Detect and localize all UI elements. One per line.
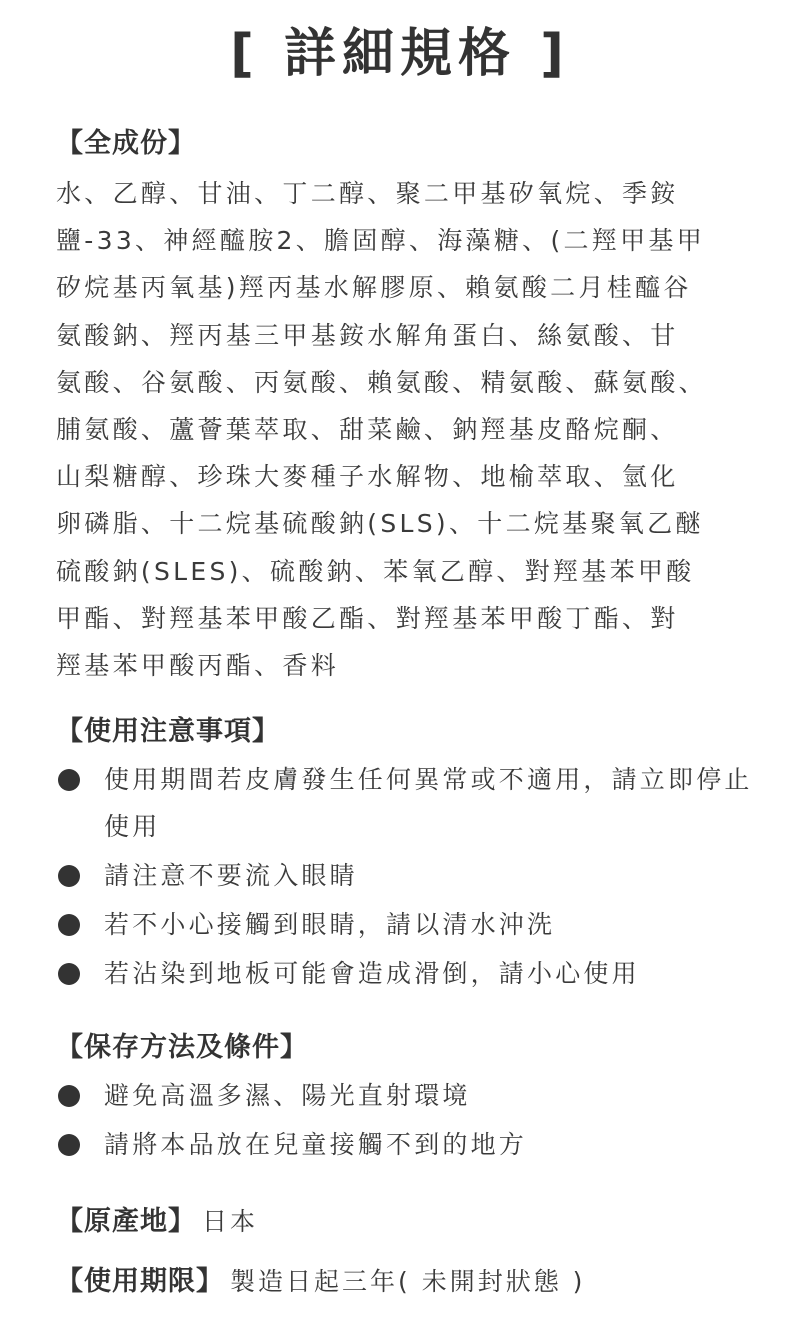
precautions-list: 使用期間若皮膚發生任何異常或不適用，請立即停止使用 請注意不要流入眼睛 若不小心…	[56, 756, 756, 997]
ingredients-line: 硫酸鈉(SLES)、硫酸鈉、苯氧乙醇、對羥基苯甲酸	[56, 548, 746, 595]
ingredients-line: 卵磷脂、十二烷基硫酸鈉(SLS)、十二烷基聚氧乙醚	[56, 500, 746, 547]
bullet-icon	[58, 1085, 80, 1107]
shelf-life-value: 製造日起三年( 未開封狀態 )	[230, 1258, 585, 1306]
ingredients-line: 氨酸、谷氨酸、丙氨酸、賴氨酸、精氨酸、蘇氨酸、	[56, 359, 746, 406]
storage-list: 避免高溫多濕、陽光直射環境 請將本品放在兒童接觸不到的地方	[56, 1072, 756, 1168]
ingredients-heading: 【全成份】	[56, 124, 756, 164]
list-item-text: 若沾染到地板可能會造成滑倒，請小心使用	[104, 959, 640, 988]
ingredients-line: 水、乙醇、甘油、丁二醇、聚二甲基矽氧烷、季銨	[56, 170, 746, 217]
origin-section: 【原產地】 日本	[56, 1198, 756, 1246]
list-item: 避免高溫多濕、陽光直射環境	[56, 1072, 756, 1119]
list-item: 使用期間若皮膚發生任何異常或不適用，請立即停止使用	[56, 756, 756, 850]
origin-value: 日本	[202, 1198, 258, 1246]
list-item: 請將本品放在兒童接觸不到的地方	[56, 1121, 756, 1168]
list-item-text: 請注意不要流入眼睛	[104, 861, 358, 890]
list-item-text: 使用期間若皮膚發生任何異常或不適用，請立即停止使用	[104, 765, 753, 841]
bullet-icon	[58, 1134, 80, 1156]
precautions-heading: 【使用注意事項】	[56, 712, 756, 752]
ingredients-line: 鹽-33、神經醯胺2、膽固醇、海藻糖、(二羥甲基甲	[56, 217, 746, 264]
ingredients-section: 【全成份】 水、乙醇、甘油、丁二醇、聚二甲基矽氧烷、季銨 鹽-33、神經醯胺2、…	[56, 124, 756, 689]
list-item-text: 請將本品放在兒童接觸不到的地方	[104, 1130, 527, 1159]
storage-section: 【保存方法及條件】 避免高溫多濕、陽光直射環境 請將本品放在兒童接觸不到的地方	[56, 1028, 756, 1170]
list-item: 請注意不要流入眼睛	[56, 852, 756, 899]
ingredients-list: 水、乙醇、甘油、丁二醇、聚二甲基矽氧烷、季銨 鹽-33、神經醯胺2、膽固醇、海藻…	[56, 170, 746, 689]
bullet-icon	[58, 865, 80, 887]
ingredients-line: 甲酯、對羥基苯甲酸乙酯、對羥基苯甲酸丁酯、對	[56, 595, 746, 642]
list-item-text: 避免高溫多濕、陽光直射環境	[104, 1081, 471, 1110]
list-item-text: 若不小心接觸到眼睛，請以清水沖洗	[104, 910, 555, 939]
ingredients-line: 脯氨酸、蘆薈葉萃取、甜菜鹼、鈉羥基皮酪烷酮、	[56, 406, 746, 453]
bullet-icon	[58, 769, 80, 791]
page-title: [ 詳細規格 ]	[0, 14, 800, 94]
storage-heading: 【保存方法及條件】	[56, 1028, 756, 1068]
ingredients-line: 山梨糖醇、珍珠大麥種子水解物、地榆萃取、氫化	[56, 453, 746, 500]
shelf-life-section: 【使用期限】 製造日起三年( 未開封狀態 )	[56, 1258, 756, 1306]
ingredients-line: 羥基苯甲酸丙酯、香料	[56, 642, 746, 689]
list-item: 若沾染到地板可能會造成滑倒，請小心使用	[56, 950, 756, 997]
ingredients-line: 矽烷基丙氧基)羥丙基水解膠原、賴氨酸二月桂醯谷	[56, 264, 746, 311]
origin-heading: 【原產地】	[56, 1202, 196, 1242]
bullet-icon	[58, 963, 80, 985]
shelf-life-heading: 【使用期限】	[56, 1262, 224, 1302]
ingredients-line: 氨酸鈉、羥丙基三甲基銨水解角蛋白、絲氨酸、甘	[56, 312, 746, 359]
precautions-section: 【使用注意事項】 使用期間若皮膚發生任何異常或不適用，請立即停止使用 請注意不要…	[56, 712, 756, 999]
list-item: 若不小心接觸到眼睛，請以清水沖洗	[56, 901, 756, 948]
bullet-icon	[58, 914, 80, 936]
